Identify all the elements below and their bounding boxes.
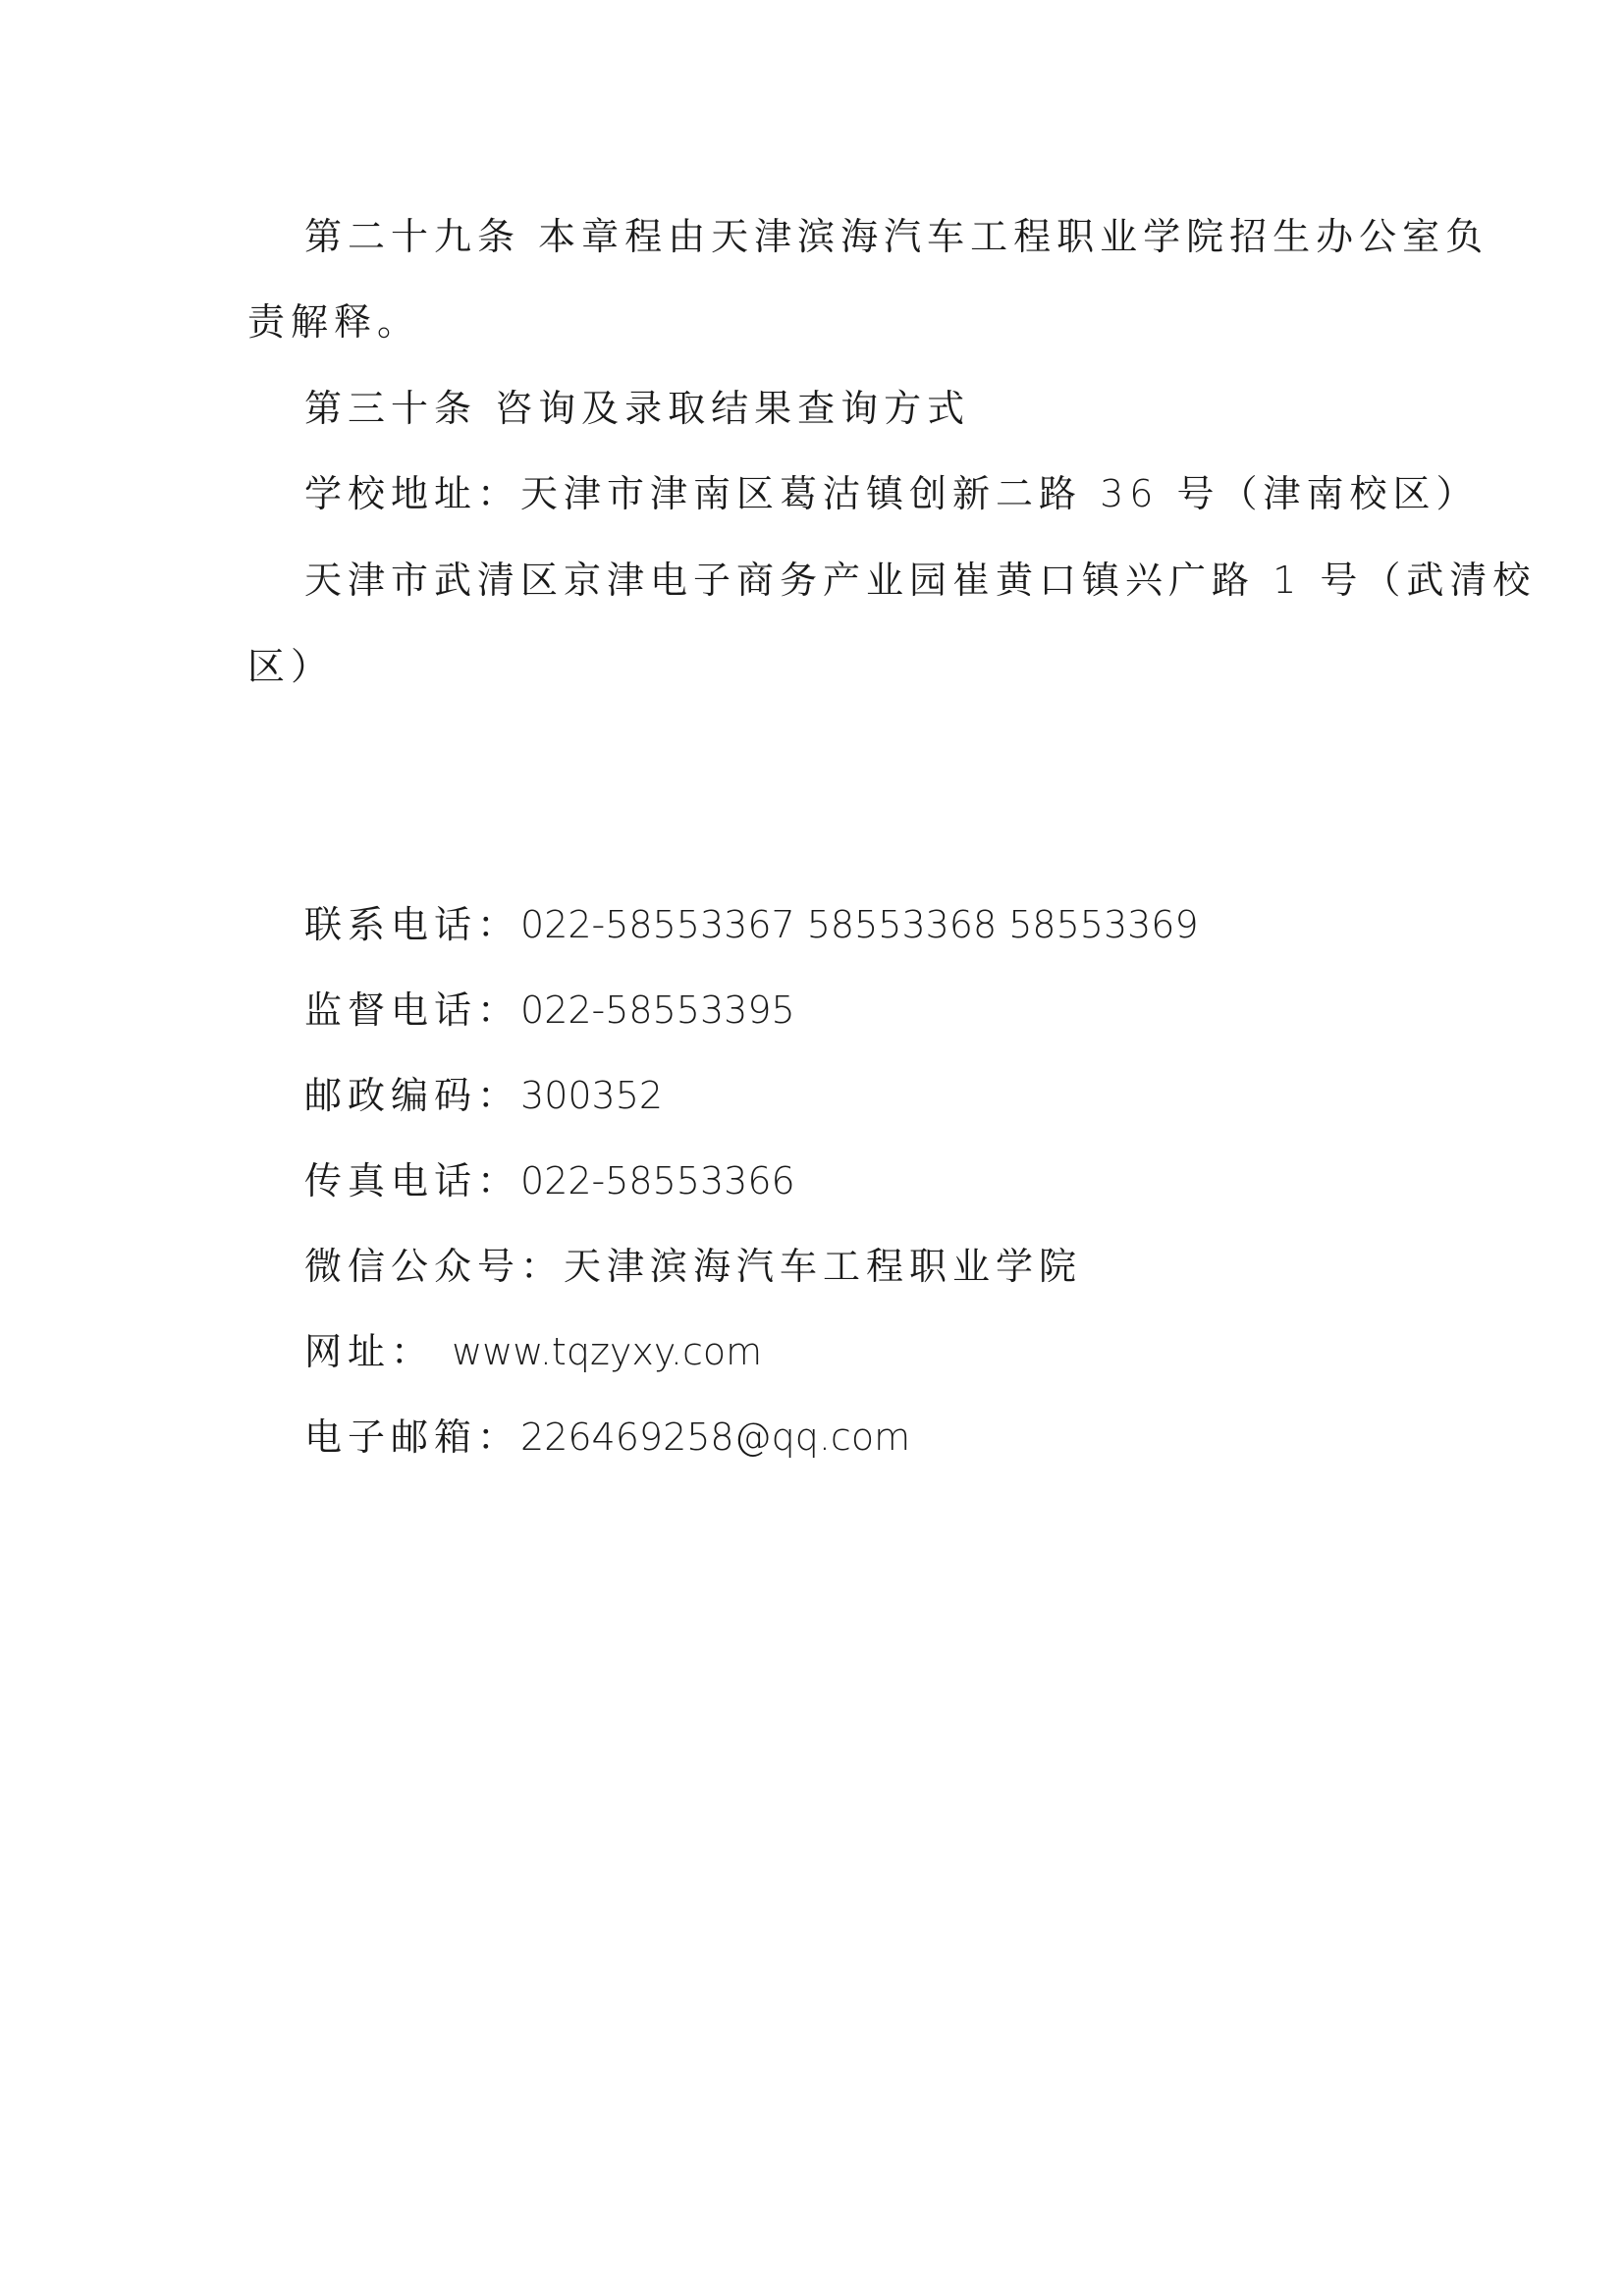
email-link[interactable]: 226469258@qq.com xyxy=(520,1415,910,1459)
postal-code-label: 邮政编码： xyxy=(304,1074,520,1117)
article-30-heading: 第三十条 咨询及录取结果查询方式 xyxy=(304,384,970,433)
contact-phone-value: 022-58553367 58553368 58553369 xyxy=(520,903,1199,946)
website-label: 网址： xyxy=(304,1330,452,1373)
email-label: 电子邮箱： xyxy=(304,1415,520,1459)
article-29-line-2: 责解释。 xyxy=(247,297,420,347)
article-29-line-1: 第二十九条 本章程由天津滨海汽车工程职业学院招生办公室负 xyxy=(304,212,1489,261)
postal-code-value: 300352 xyxy=(520,1074,663,1117)
address-jinnan: 学校地址：天津市津南区葛沽镇创新二路 36 号（津南校区） xyxy=(304,469,1480,518)
supervision-phone-label: 监督电话： xyxy=(304,988,520,1032)
contact-phone: 联系电话：022-58553367 58553368 58553369 xyxy=(304,900,1199,949)
address-wuqing-line-1: 天津市武清区京津电子商务产业园崔黄口镇兴广路 1 号（武清校 xyxy=(304,556,1536,605)
postal-code: 邮政编码：300352 xyxy=(304,1071,663,1120)
fax-label: 传真电话： xyxy=(304,1159,520,1202)
fax-value: 022-58553366 xyxy=(520,1159,795,1202)
wechat-account: 微信公众号：天津滨海汽车工程职业学院 xyxy=(304,1242,1082,1291)
website-link[interactable]: www.tqzyxy.com xyxy=(452,1330,762,1373)
website: 网址： www.tqzyxy.com xyxy=(304,1327,762,1376)
contact-phone-label: 联系电话： xyxy=(304,903,520,946)
document-page: 第二十九条 本章程由天津滨海汽车工程职业学院招生办公室负 责解释。 第三十条 咨… xyxy=(0,0,1624,2296)
email: 电子邮箱：226469258@qq.com xyxy=(304,1413,910,1462)
wechat-account-label: 微信公众号： xyxy=(304,1245,564,1288)
address-wuqing-line-2: 区） xyxy=(247,642,334,691)
wechat-account-value: 天津滨海汽车工程职业学院 xyxy=(564,1245,1082,1288)
address-jinnan-value: 天津市津南区葛沽镇创新二路 36 号（津南校区） xyxy=(520,472,1480,515)
fax: 传真电话：022-58553366 xyxy=(304,1156,795,1205)
supervision-phone: 监督电话：022-58553395 xyxy=(304,986,795,1035)
supervision-phone-value: 022-58553395 xyxy=(520,988,795,1032)
address-label: 学校地址： xyxy=(304,472,520,515)
